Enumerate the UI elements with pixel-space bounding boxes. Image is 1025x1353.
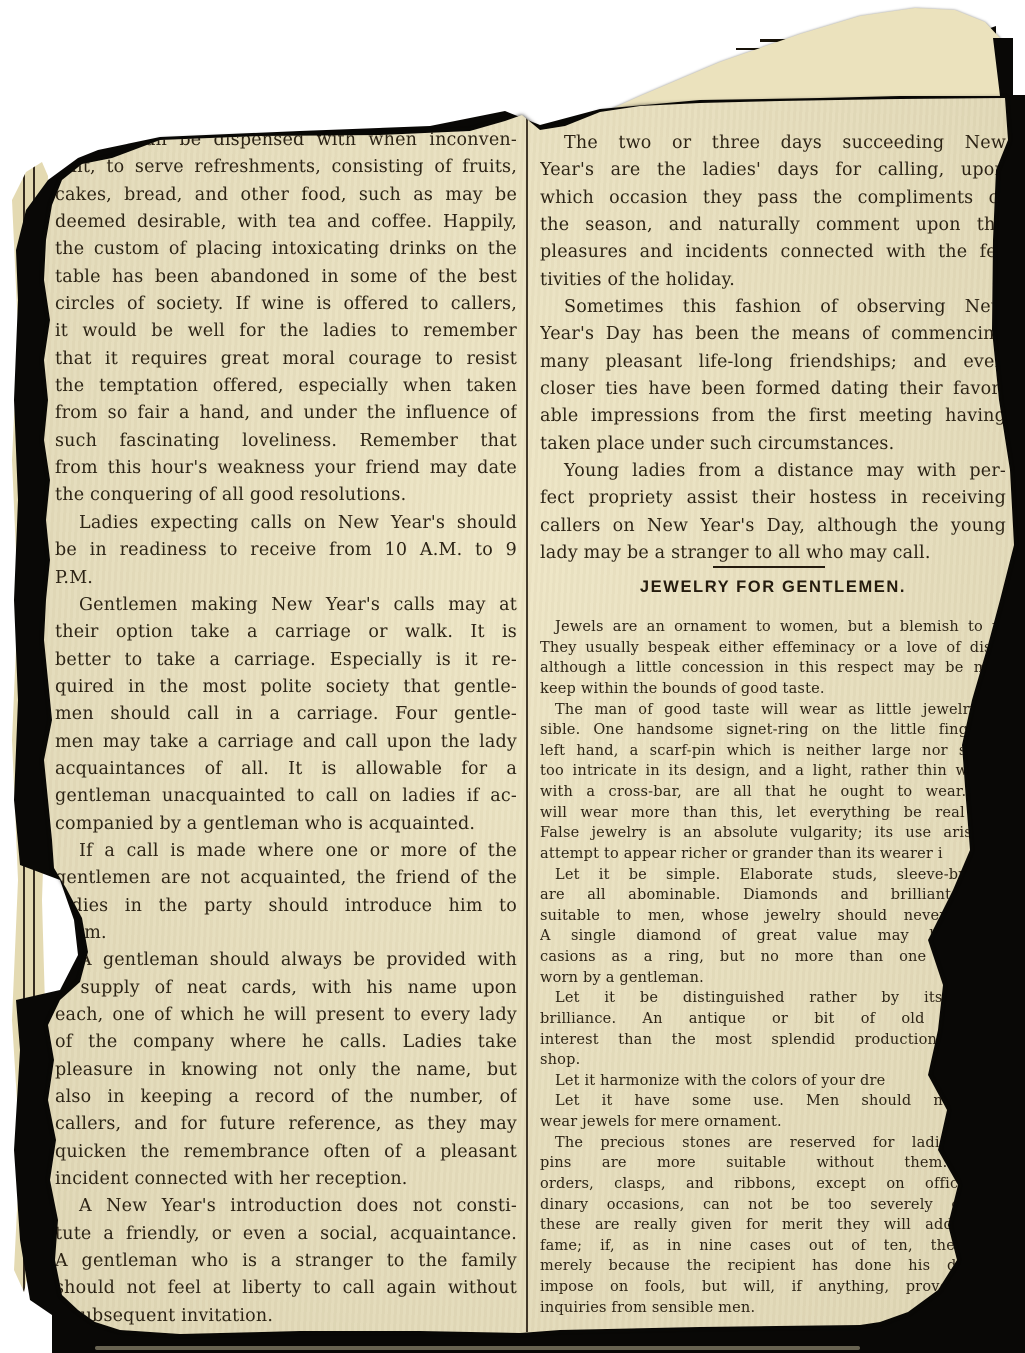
text-line: each, one of which he will present to ev… — [55, 1002, 517, 1029]
text-line: interest than the most splendid producti… — [540, 1030, 1006, 1051]
text-line: keep within the bounds of good taste. — [540, 679, 1006, 700]
text-line: which occasion they pass the compliments… — [540, 185, 1006, 212]
text-line: companied by a gentleman who is acquaint… — [55, 811, 517, 838]
text-line: the custom of placing intoxicating drink… — [55, 236, 517, 263]
text-line: pleasures and incidents connected with t… — [540, 239, 1006, 266]
text-line: callers on New Year's Day, although the … — [540, 513, 1006, 540]
text-line: quired in the most polite society that g… — [55, 674, 517, 701]
paper-wrap: al, and can be dispensed with when incon… — [0, 0, 1025, 1353]
text-line: shop. — [540, 1050, 1006, 1071]
right-column-top: The two or three days succeeding NewYear… — [540, 130, 1006, 568]
text-line: They usually bespeak either effeminacy o… — [540, 638, 1006, 659]
text-line: merely because the recipient has done hi… — [540, 1256, 1006, 1277]
text-line: Let it have some use. Men should never, … — [540, 1091, 1006, 1112]
section-heading-rule — [713, 566, 825, 568]
text-line: the season, and naturally comment upon t… — [540, 212, 1006, 239]
text-line: the conquering of all good resolutions. — [55, 482, 517, 509]
text-line: Year's Day has been the means of commenc… — [540, 321, 1006, 348]
text-line: from so fair a hand, and under the influ… — [55, 400, 517, 427]
text-line: will wear more than this, let everything… — [540, 803, 1006, 824]
text-line: The precious stones are reserved for lad… — [540, 1133, 1006, 1154]
text-line: Gentlemen making New Year's calls may at — [55, 592, 517, 619]
left-column: al, and can be dispensed with when incon… — [55, 127, 517, 1330]
text-line: gentleman unacquainted to call on ladies… — [55, 783, 517, 810]
text-line: ient, to serve refreshments, consisting … — [55, 154, 517, 181]
section-heading: JEWELRY FOR GENTLEMEN. — [540, 578, 1006, 597]
text-line: sible. One handsome signet-ring on the l… — [540, 720, 1006, 741]
text-line: quicken the remembrance often of a pleas… — [55, 1139, 517, 1166]
text-line: fect propriety assist their hostess in r… — [540, 485, 1006, 512]
text-line: Ladies expecting calls on New Year's sho… — [55, 510, 517, 537]
main-clipping-paper: al, and can be dispensed with when incon… — [0, 0, 1025, 1353]
text-line: these are really given for merit they wi… — [540, 1215, 1006, 1236]
text-line: pins are more suitable without them. The — [540, 1153, 1006, 1174]
text-line: a supply of neat cards, with his name up… — [55, 975, 517, 1002]
text-line: False jewelry is an absolute vulgarity; … — [540, 823, 1006, 844]
text-line: lady may be a stranger to all who may ca… — [540, 540, 1006, 567]
text-line: impose on fools, but will, if anything, … — [540, 1277, 1006, 1298]
text-line: although a little concession in this res… — [540, 658, 1006, 679]
text-line: attempt to appear richer or grander than… — [540, 844, 1006, 865]
text-line: incident connected with her reception. — [55, 1166, 517, 1193]
text-line: casions as a ring, but no more than one … — [540, 947, 1006, 968]
text-line: many pleasant life-long friendships; and… — [540, 349, 1006, 376]
text-line: also in keeping a record of the number, … — [55, 1084, 517, 1111]
text-line: suitable to men, whose jewelry should ne… — [540, 906, 1006, 927]
text-line: The two or three days succeeding New — [540, 130, 1006, 157]
text-line: A gentleman should always be provided wi… — [55, 947, 517, 974]
text-line: P.M. — [55, 565, 517, 592]
right-column-section: Jewels are an ornament to women, but a b… — [540, 617, 1006, 1318]
text-line: acquaintances of all. It is allowable fo… — [55, 756, 517, 783]
text-line: worn by a gentleman. — [540, 968, 1006, 989]
text-line: the temptation offered, especially when … — [55, 373, 517, 400]
text-line: closer ties have been formed dating thei… — [540, 376, 1006, 403]
text-line: men should call in a carriage. Four gent… — [55, 701, 517, 728]
text-line: taken place under such circumstances. — [540, 431, 1006, 458]
column-divider-rule — [526, 108, 528, 1332]
text-line: should not feel at liberty to call again… — [55, 1275, 517, 1302]
text-line: them. — [55, 920, 517, 947]
text-line: orders, clasps, and ribbons, except on o… — [540, 1174, 1006, 1195]
text-line: pleasure in knowing not only the name, b… — [55, 1057, 517, 1084]
text-line: If a call is made where one or more of t… — [55, 838, 517, 865]
text-line: Let it be simple. Elaborate studs, sleev… — [540, 865, 1006, 886]
text-line: better to take a carriage. Especially is… — [55, 647, 517, 674]
text-line: Sometimes this fashion of observing New — [540, 294, 1006, 321]
text-line: it would be well for the ladies to remem… — [55, 318, 517, 345]
text-line: deemed desirable, with tea and coffee. H… — [55, 209, 517, 236]
text-line: Year's are the ladies' days for calling,… — [540, 157, 1006, 184]
text-line: be in readiness to receive from 10 A.M. … — [55, 537, 517, 564]
text-line: able impressions from the first meeting … — [540, 403, 1006, 430]
text-line: A gentleman who is a stranger to the fam… — [55, 1248, 517, 1275]
text-line: fame; if, as in nine cases out of ten, t… — [540, 1236, 1006, 1257]
text-line: cakes, bread, and other food, such as ma… — [55, 182, 517, 209]
text-line: such fascinating loveliness. Remember th… — [55, 428, 517, 455]
text-line: too intricate in its design, and a light… — [540, 761, 1006, 782]
text-line: al, and can be dispensed with when incon… — [55, 127, 517, 154]
text-line: callers, and for future reference, as th… — [55, 1111, 517, 1138]
text-line: gentlemen are not acquainted, the friend… — [55, 865, 517, 892]
text-line: Young ladies from a distance may with pe… — [540, 458, 1006, 485]
text-line: circles of society. If wine is offered t… — [55, 291, 517, 318]
text-line: table has been abandoned in some of the … — [55, 264, 517, 291]
text-line: Let it be distinguished rather by its cu… — [540, 988, 1006, 1009]
text-line: left hand, a scarf-pin which is neither … — [540, 741, 1006, 762]
text-line: The man of good taste will wear as littl… — [540, 700, 1006, 721]
text-line: a subsequent invitation. — [55, 1303, 517, 1330]
scanned-page: al, and can be dispensed with when incon… — [0, 0, 1025, 1353]
text-line: A New Year's introduction does not const… — [55, 1193, 517, 1220]
text-line: Let it harmonize with the colors of your… — [540, 1071, 1006, 1092]
text-line: of the company where he calls. Ladies ta… — [55, 1029, 517, 1056]
text-line: inquiries from sensible men. — [540, 1298, 1006, 1319]
text-line: tivities of the holiday. — [540, 267, 1006, 294]
text-line: that it requires great moral courage to … — [55, 346, 517, 373]
text-line: are all abominable. Diamonds and brillia… — [540, 885, 1006, 906]
text-line: A single diamond of great value may be w… — [540, 926, 1006, 947]
text-line: their option take a carriage or walk. It… — [55, 619, 517, 646]
text-line: tute a friendly, or even a social, acqua… — [55, 1221, 517, 1248]
text-line: Jewels are an ornament to women, but a b… — [540, 617, 1006, 638]
text-line: ladies in the party should introduce him… — [55, 893, 517, 920]
text-line: wear jewels for mere ornament. — [540, 1112, 1006, 1133]
text-line: with a cross-bar, are all that he ought … — [540, 782, 1006, 803]
text-line: dinary occasions, can not be too severel… — [540, 1195, 1006, 1216]
text-line: brilliance. An antique or bit of old jew… — [540, 1009, 1006, 1030]
text-line: men may take a carriage and call upon th… — [55, 729, 517, 756]
text-line: from this hour's weakness your friend ma… — [55, 455, 517, 482]
